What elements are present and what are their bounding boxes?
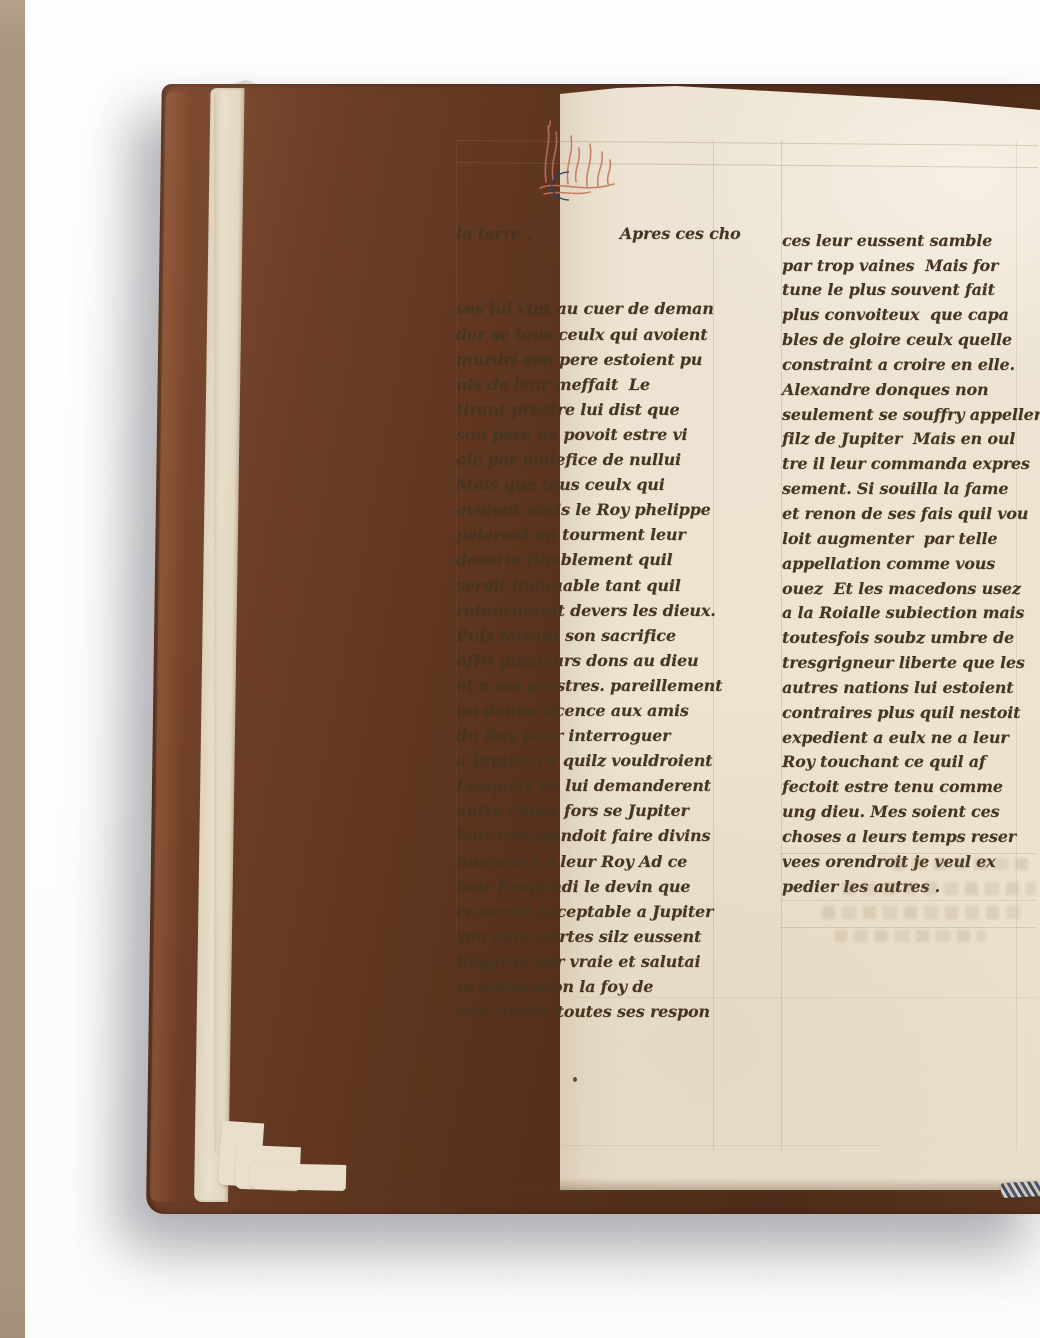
manuscript-text-line: seulement se souffry appeller (782, 403, 1038, 428)
ruling-line-horizontal (562, 1145, 882, 1146)
manuscript-text-line: bles de gloire ceulx quelle (782, 328, 1038, 353)
manuscript-text-line: Regarde par vraie et salutai (456, 949, 748, 974)
endband-icon (1001, 1181, 1040, 1198)
manuscript-text-line: paierent en tourment leur (456, 522, 748, 547)
manuscript-text-line: deserte finablement quil (456, 547, 748, 572)
ghost-line (892, 858, 1034, 870)
manuscript-text-line: leur Respondi le devin que (456, 874, 748, 899)
manuscript-text-line: expedient a eulx ne a leur (782, 726, 1038, 751)
text-column-right: ces leur eussent samblepar trop vaines M… (782, 179, 1038, 949)
manuscript-text-line: fectoit estre tenu comme (782, 775, 1038, 800)
manuscript-text-line: sement. Si souilla la fame (782, 477, 1038, 502)
manuscript-text-line: autre chose fors se Jupiter (456, 798, 748, 823)
manuscript-text-line: filz de Jupiter Mais en oul (782, 427, 1038, 452)
opening-right-text: Apres ces cho (620, 221, 741, 246)
mat-edge-strip (0, 0, 25, 1338)
manuscript-text-line: et renon de ses fais quil vou (782, 502, 1038, 527)
manuscript-text-line: tresgrigneur liberte que les (782, 651, 1038, 676)
manuscript-text-line: tre il leur commanda expres (782, 452, 1038, 477)
manuscript-text-line: Lesquelz ne lui demanderent (456, 773, 748, 798)
manuscript-text-line: ce seroit acceptable a Jupiter (456, 899, 748, 924)
manuscript-text-line: Roy touchant ce quil af (782, 750, 1038, 775)
ghost-line (822, 906, 1026, 919)
manuscript-text-line: par trop vaines Mais for (782, 254, 1038, 279)
manuscript-text-line: avoient occis le Roy phelippe (456, 497, 748, 522)
manuscript-text-line: retourneroit devers les dieux. (456, 598, 748, 623)
manuscript-text-line: ces leur eussent samble (782, 229, 1038, 254)
manuscript-text-line: plus convoiteux que capa (782, 303, 1038, 328)
manuscript-text-line: loit augmenter par telle (782, 527, 1038, 552)
manuscript-text-line: du Roy pour interroguer (456, 723, 748, 748)
manuscript-text-line: ouez Et les macedons usez (782, 577, 1038, 602)
manuscript-text-line: Alexandre donques non (782, 378, 1038, 403)
page-corner (250, 1163, 347, 1191)
photo-backdrop: la terre . Apres ces cho ses lui vint au… (0, 0, 1040, 1338)
left-column-lines: ses lui vint au cuer de demander se tous… (456, 296, 748, 1024)
manuscript-text-line: son pere Certes silz eussent (456, 924, 748, 949)
manuscript-text-line: leur commandoit faire divins (456, 823, 748, 848)
manuscript-text-line: on donna licence aux amis (456, 698, 748, 723)
manuscript-text-line: contraires plus quil nestoit (782, 701, 1038, 726)
manuscript-text-line: re extimation la foy de (456, 974, 748, 999)
manuscript-text-line: nis de leur meffait Le (456, 372, 748, 397)
manuscript-text-line: seroit immuable tant quil (456, 573, 748, 598)
manuscript-text-line: appellation comme vous (782, 552, 1038, 577)
manuscript-text-line: son pere ne povoit estre vi (456, 422, 748, 447)
manuscript-text-line: autres nations lui estoient (782, 676, 1038, 701)
text-column-left: la terre . Apres ces cho ses lui vint au… (456, 171, 748, 1074)
ghost-line (834, 930, 986, 942)
opening-left-text: la terre . (456, 221, 532, 246)
manuscript-text-line: toutesfois soubz umbre de (782, 626, 1038, 651)
manuscript-text-line: Puis faisant son sacrifice (456, 623, 748, 648)
manuscript-text-line: constraint a croire en elle. (782, 353, 1038, 378)
manuscript-text-line: ole par malefice de nullui (456, 447, 748, 472)
right-column-lines: ces leur eussent samblepar trop vaines M… (782, 229, 1038, 900)
manuscript-text-line: tirant prestre lui dist que (456, 397, 748, 422)
manuscript-text-line: cest oracle toutes ses respon (456, 999, 748, 1024)
manuscript-text-line: murdri son pere estoient pu (456, 347, 748, 372)
manuscript-text-line: choses a leurs temps reser (782, 825, 1038, 850)
manuscript-text-line: ung dieu. Mes soient ces (782, 800, 1038, 825)
page-bottom-shadow (560, 1178, 1040, 1192)
manuscript-text-line: la terre . Apres ces cho (456, 221, 748, 246)
manuscript-text-line: et a ses prestres. pareillement (456, 673, 748, 698)
manuscript-text-line: a Jupiter ce quilz vouldroient (456, 748, 748, 773)
manuscript-text-line: tune le plus souvent fait (782, 278, 1038, 303)
manuscript-text-line: a la Roialle subiection mais (782, 601, 1038, 626)
manuscript-text-line: Mais que tous ceulx qui (456, 472, 748, 497)
ink-speck (573, 1077, 577, 1082)
manuscript-text-line: der se tous ceulx qui avoient (456, 322, 748, 347)
ghost-line (842, 882, 1036, 895)
manuscript-text-line: ses lui vint au cuer de deman (456, 296, 748, 321)
manuscript-text-line: honneurs a leur Roy Ad ce (456, 849, 748, 874)
manuscript-text-line: offri plusieurs dons au dieu (456, 648, 748, 673)
